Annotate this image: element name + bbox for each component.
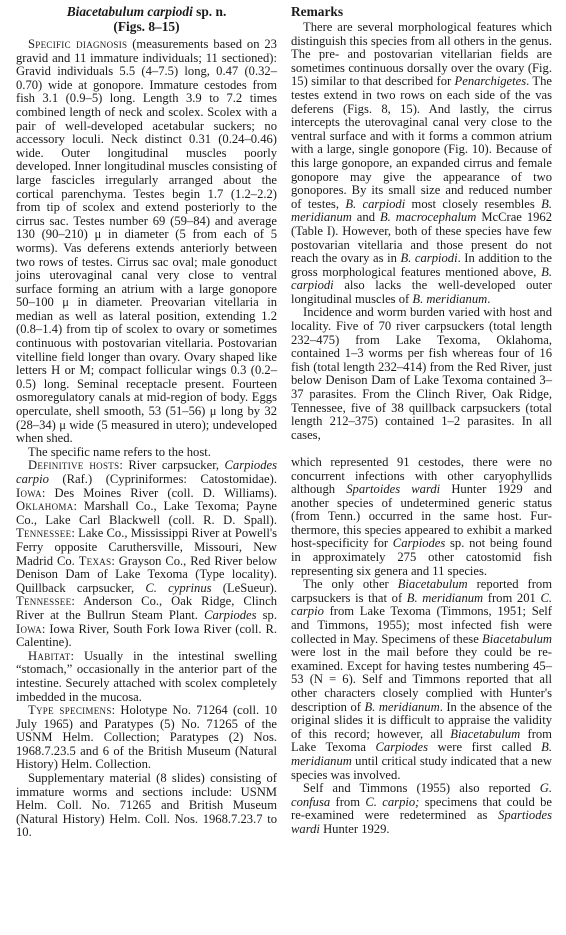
species-name: C. carpio; xyxy=(365,795,419,809)
left-column: Biacetabulum carpiodi sp. n. (Figs. 8–15… xyxy=(16,4,277,840)
habitat-paragraph: Habitat: Usually in the intestinal swell… xyxy=(16,650,277,704)
species-name: B. meridianum xyxy=(364,700,439,714)
host-species-name: C. cyprinus xyxy=(145,581,211,595)
figure-reference: (Figs. 8–15) xyxy=(16,19,277,34)
locality-state-label: Iowa xyxy=(16,486,42,500)
remarks-heading: Remarks xyxy=(291,4,552,19)
habitat-label: Habitat xyxy=(28,649,70,663)
right-column: Remarks There are several morphological … xyxy=(291,4,552,837)
locality-state-label: Iowa xyxy=(16,622,42,636)
hosts-text: (Raf.) (Cypriniformes: Cato­stomidae). xyxy=(49,472,277,486)
remarks-text: from xyxy=(330,795,365,809)
remarks-paragraph-3: which represented 91 cestodes, there wer… xyxy=(291,456,552,578)
species-name: B. carpiodi xyxy=(345,197,405,211)
hosts-text: sp. xyxy=(257,608,277,622)
remarks-text: The only other xyxy=(303,577,398,591)
type-specimens-label: Type specimens xyxy=(28,703,112,717)
hosts-text: (LeSueur). xyxy=(212,581,277,595)
species-title: Biacetabulum carpiodi sp. n. xyxy=(16,4,277,19)
hosts-text: : Iowa River, South Fork Iowa River (col… xyxy=(16,622,277,650)
remarks-text: . xyxy=(487,292,490,306)
locality-state-label: Tennessee xyxy=(16,526,71,540)
remarks-paragraph-2: Incidence and worm burden varied with ho… xyxy=(291,306,552,442)
remarks-text: Self and Timmons (1955) also reported xyxy=(303,781,540,795)
remarks-text: from 201 xyxy=(483,591,540,605)
species-name: B. meridianum xyxy=(407,591,483,605)
species-name: B. macrocephalum xyxy=(380,210,476,224)
remarks-paragraph-5: Self and Timmons (1955) also reported G.… xyxy=(291,782,552,836)
supplementary-material-paragraph: Supplementary material (8 slides) consis… xyxy=(16,772,277,840)
locality-state-label: Tennessee xyxy=(16,594,71,608)
hosts-text: : Des Moines River (coll. D. Williams). xyxy=(42,486,277,500)
type-specimens-paragraph: Type specimens: Holotype No. 71264 (coll… xyxy=(16,704,277,772)
remarks-text: most closely resembles xyxy=(405,197,541,211)
specific-diagnosis-paragraph: Specific diagnosis (measurements based o… xyxy=(16,38,277,446)
hosts-text: : River carpsucker, xyxy=(119,458,224,472)
genus-name: Carpiodes xyxy=(376,740,428,754)
remarks-paragraph-4: The only other Biacetabulum reported fro… xyxy=(291,578,552,782)
species-title-suffix: sp. n. xyxy=(193,4,227,19)
locality-state-label: Texas xyxy=(79,554,112,568)
definitive-hosts-label: Definitive hosts xyxy=(28,458,119,472)
species-name: Biacetabulum carpiodi xyxy=(67,4,193,19)
remarks-text: Hunter 1929. xyxy=(320,822,390,836)
species-name: B. carpiodi xyxy=(400,251,457,265)
genus-name: Carpiodes xyxy=(393,536,445,550)
specific-diagnosis-text: (measurements based on 23 gravid and 11 … xyxy=(16,37,277,445)
remarks-text: were first called xyxy=(428,740,541,754)
remarks-paragraph-1: There are several morphological features… xyxy=(291,21,552,306)
species-name: Spartoides wardi xyxy=(346,482,440,496)
remarks-text: . The testes extend in two rows on each … xyxy=(291,74,552,210)
genus-name: Penarchigetes xyxy=(455,74,527,88)
locality-state-label: Oklahoma xyxy=(16,499,74,513)
definitive-hosts-paragraph: Definitive hosts: River carpsucker, Car­… xyxy=(16,459,277,649)
species-name: B. meridianum xyxy=(412,292,487,306)
name-etymology-paragraph: The specific name refers to the host. xyxy=(16,446,277,460)
remarks-text: and xyxy=(352,210,380,224)
genus-name: Biacetabulum xyxy=(398,577,468,591)
genus-name: Biacetabulum xyxy=(450,727,520,741)
specific-diagnosis-label: Specific diagnosis xyxy=(28,37,127,51)
host-genus-name: Carpiodes xyxy=(204,608,256,622)
column-break-gap xyxy=(291,442,552,456)
genus-name: Biacetabulum xyxy=(482,632,552,646)
